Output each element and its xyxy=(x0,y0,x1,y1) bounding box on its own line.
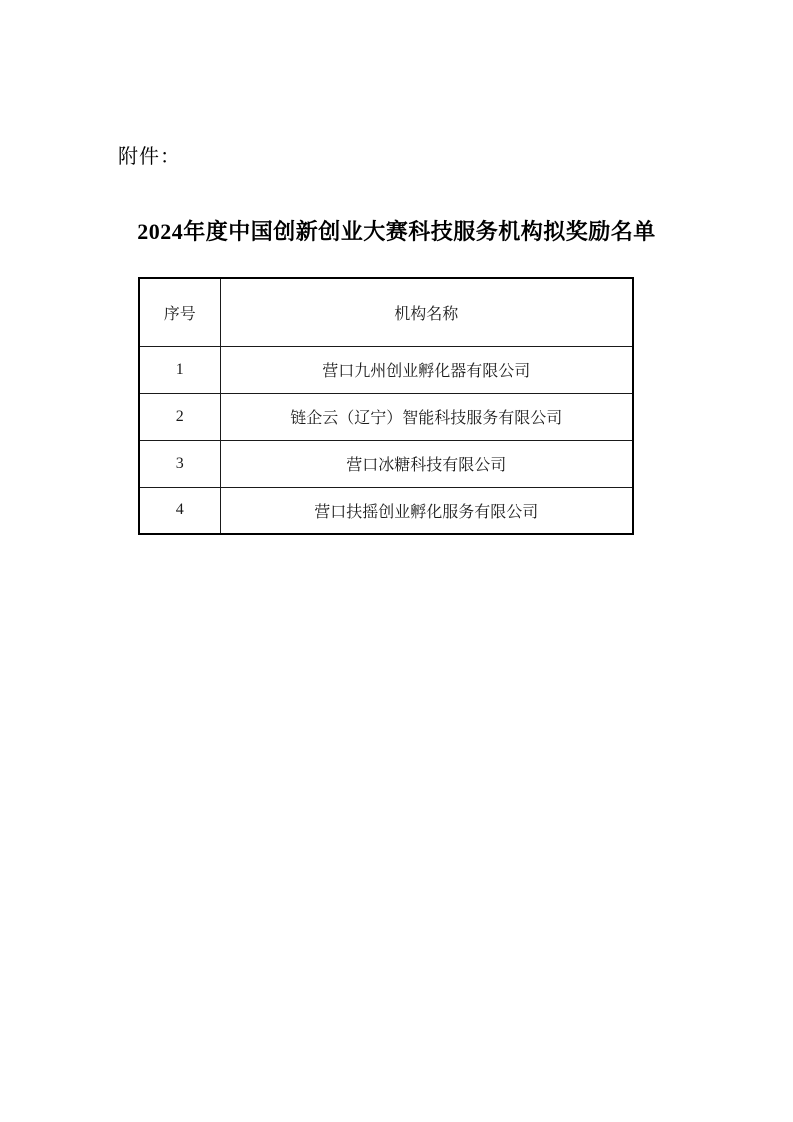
org-name-cell: 营口九州创业孵化器有限公司 xyxy=(220,346,633,393)
table-row: 1 营口九州创业孵化器有限公司 xyxy=(139,346,633,393)
serial-cell: 4 xyxy=(139,487,220,534)
table-row: 4 营口扶摇创业孵化服务有限公司 xyxy=(139,487,633,534)
org-name-cell: 链企云（辽宁）智能科技服务有限公司 xyxy=(220,393,633,440)
serial-cell: 2 xyxy=(139,393,220,440)
serial-cell: 1 xyxy=(139,346,220,393)
column-header-serial: 序号 xyxy=(139,278,220,346)
table-row: 3 营口冰糖科技有限公司 xyxy=(139,440,633,487)
org-name-cell: 营口扶摇创业孵化服务有限公司 xyxy=(220,487,633,534)
org-name-cell: 营口冰糖科技有限公司 xyxy=(220,440,633,487)
table-row: 2 链企云（辽宁）智能科技服务有限公司 xyxy=(139,393,633,440)
serial-cell: 3 xyxy=(139,440,220,487)
table-header-row: 序号 机构名称 xyxy=(139,278,633,346)
column-header-org-name: 机构名称 xyxy=(220,278,633,346)
attachment-label: 附件： xyxy=(118,145,181,169)
document-page: 附件： 2024年度中国创新创业大赛科技服务机构拟奖励名单 序号 机构名称 1 … xyxy=(0,0,793,1122)
award-table: 序号 机构名称 1 营口九州创业孵化器有限公司 2 链企云（辽宁）智能科技服务有… xyxy=(138,277,634,535)
page-title: 2024年度中国创新创业大赛科技服务机构拟奖励名单 xyxy=(0,218,793,247)
